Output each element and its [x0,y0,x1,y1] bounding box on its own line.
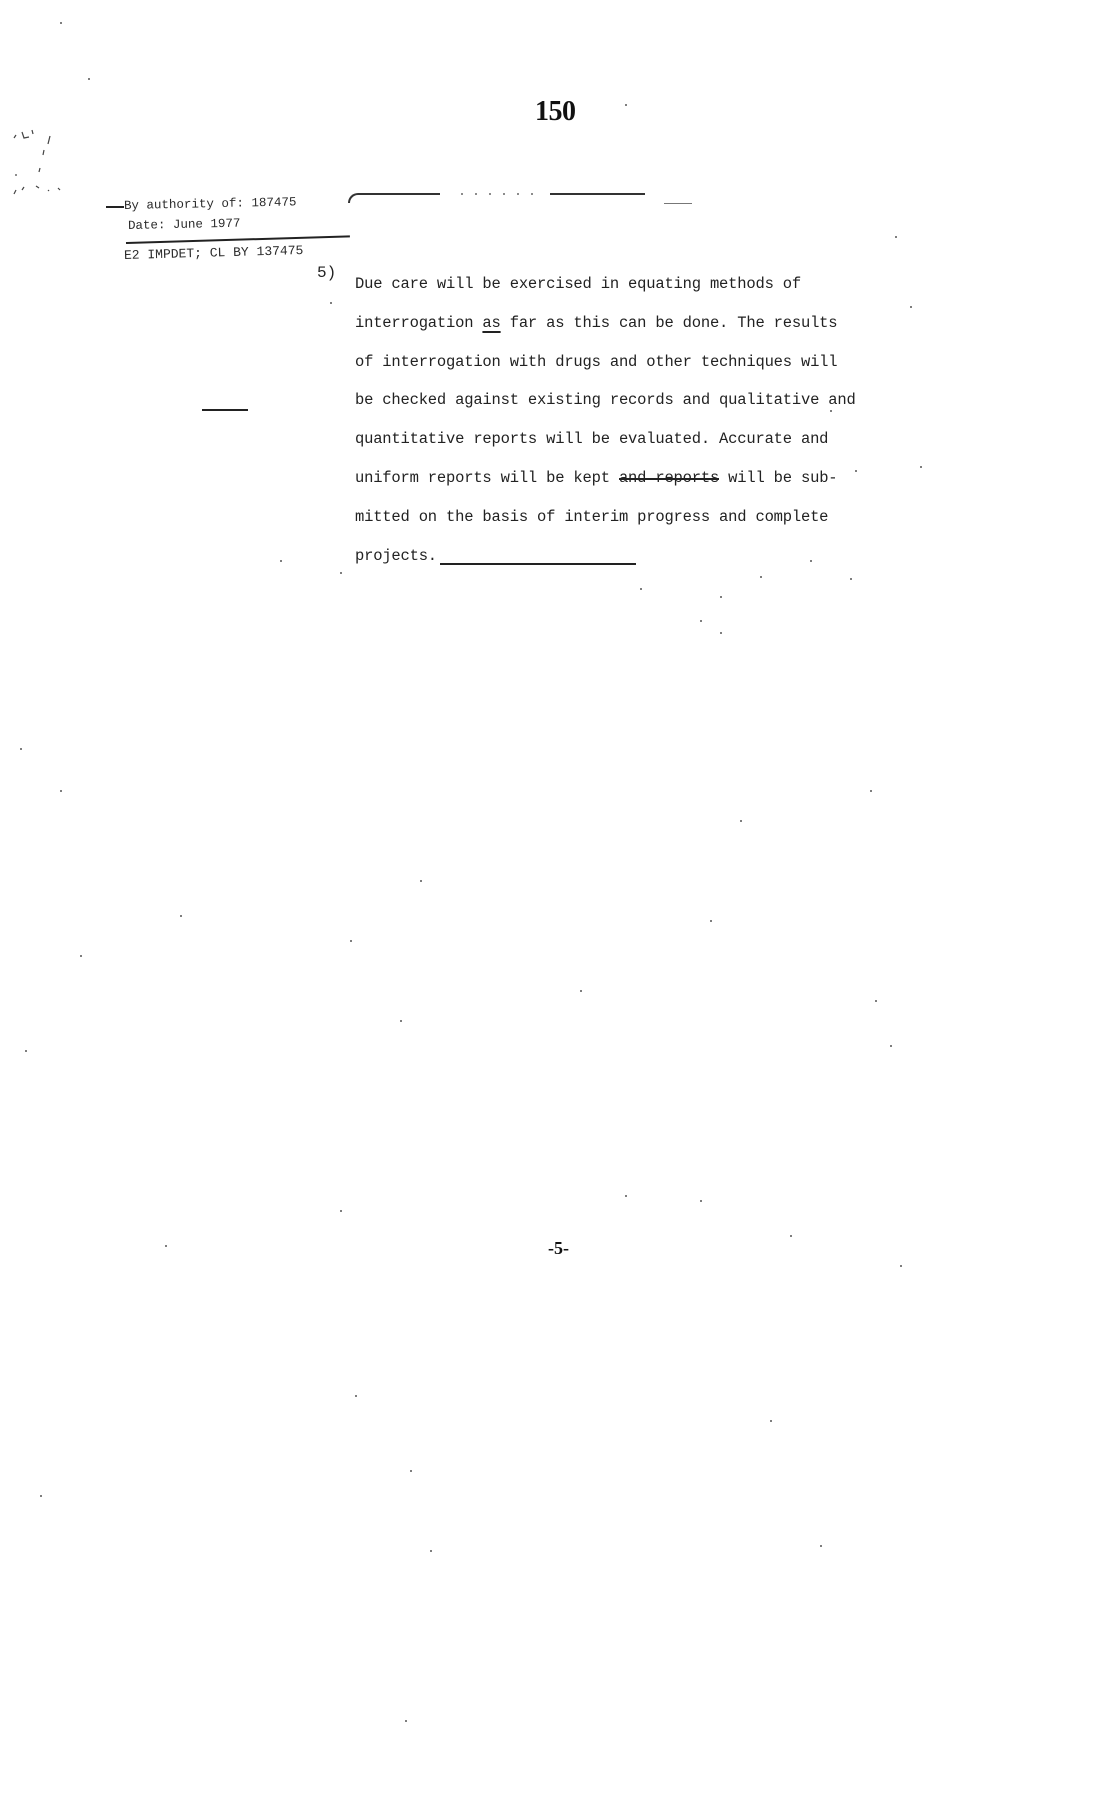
scan-speck [60,790,62,792]
scan-speck [280,560,282,562]
page-number: 150 [535,96,576,128]
scan-speck [830,410,832,412]
scan-speck [910,306,912,308]
scan-speck [810,560,812,562]
scan-speck [890,1045,892,1047]
margin-dash [202,409,248,411]
scan-speck [405,1720,407,1722]
header-rule-dots [455,193,535,195]
paragraph-line: be checked against existing records and … [355,381,915,420]
paragraph-line: Due care will be exercised in equating m… [355,265,915,304]
scan-speck [760,576,762,578]
item-paragraph: Due care will be exercised in equating m… [355,265,915,575]
scan-speck [700,620,702,622]
paragraph-line: of interrogation with drugs and other te… [355,343,915,382]
scan-speck [875,1000,877,1002]
scan-speck [165,1245,167,1247]
scan-speck [340,1210,342,1212]
scan-speck [790,1235,792,1237]
paragraph-line: uniform reports will be kept and reports… [355,459,915,498]
paragraph-line: quantitative reports will be evaluated. … [355,420,915,459]
scan-speck [855,470,857,472]
scan-speck [40,1495,42,1497]
scan-speck [20,748,22,750]
scan-speck [80,955,82,957]
scan-speck [640,588,642,590]
paragraph-line: interrogation as far as this can be done… [355,304,915,343]
scan-speck [340,572,342,574]
scan-speck [625,104,627,106]
scan-speck [25,1050,27,1052]
text-segment: of interrogation with drugs and other te… [355,353,837,371]
scan-speck [410,1470,412,1472]
header-short-dash [664,203,692,204]
scan-speck [720,596,722,598]
scan-speck [920,466,922,468]
scan-speck [420,880,422,882]
scan-speck [900,1265,902,1267]
margin-scribble-marks [10,120,70,210]
stamp-lead-dash [106,206,124,208]
scan-speck [870,790,872,792]
text-segment: Due care will be exercised in equating m… [355,275,801,293]
paragraph-end-rule [440,563,636,565]
document-page: 150 By authority of: 187475 Date: June 1… [0,0,1104,1816]
scan-speck [895,236,897,238]
scan-speck [60,22,62,24]
scan-speck [400,1020,402,1022]
text-segment: will be sub- [719,469,837,487]
scan-speck [850,578,852,580]
scan-speck [350,940,352,942]
scan-speck [430,1550,432,1552]
text-segment: interrogation [355,314,482,332]
text-segment: far as this can be done. The results [501,314,838,332]
scan-speck [720,632,722,634]
scan-speck [180,915,182,917]
text-segment: projects. [355,547,437,565]
scan-speck [770,1420,772,1422]
scan-speck [355,1395,357,1397]
scan-speck [700,1200,702,1202]
footer-page-number: -5- [548,1238,569,1259]
scan-speck [625,1195,627,1197]
scan-speck [820,1545,822,1547]
text-segment: uniform reports will be kept [355,469,619,487]
stamp-date-line: Date: June 1977 [128,214,241,236]
stamp-classification-line: E2 IMPDET; CL BY 137475 [124,241,304,266]
text-segment: be checked against existing records and … [355,391,856,409]
struck-text: and reports [619,469,719,487]
paragraph-line: mitted on the basis of interim progress … [355,498,915,537]
text-segment: quantitative reports will be evaluated. … [355,430,828,448]
scan-speck [740,820,742,822]
paragraph-line: projects. [355,537,915,576]
scan-speck [88,78,90,80]
text-segment: mitted on the basis of interim progress … [355,508,828,526]
scan-speck [580,990,582,992]
scan-speck [330,302,332,304]
stamp-authority-line: By authority of: 187475 [124,192,297,216]
underlined-text: as [482,314,500,332]
item-number: 5) [317,264,336,282]
scan-speck [710,920,712,922]
